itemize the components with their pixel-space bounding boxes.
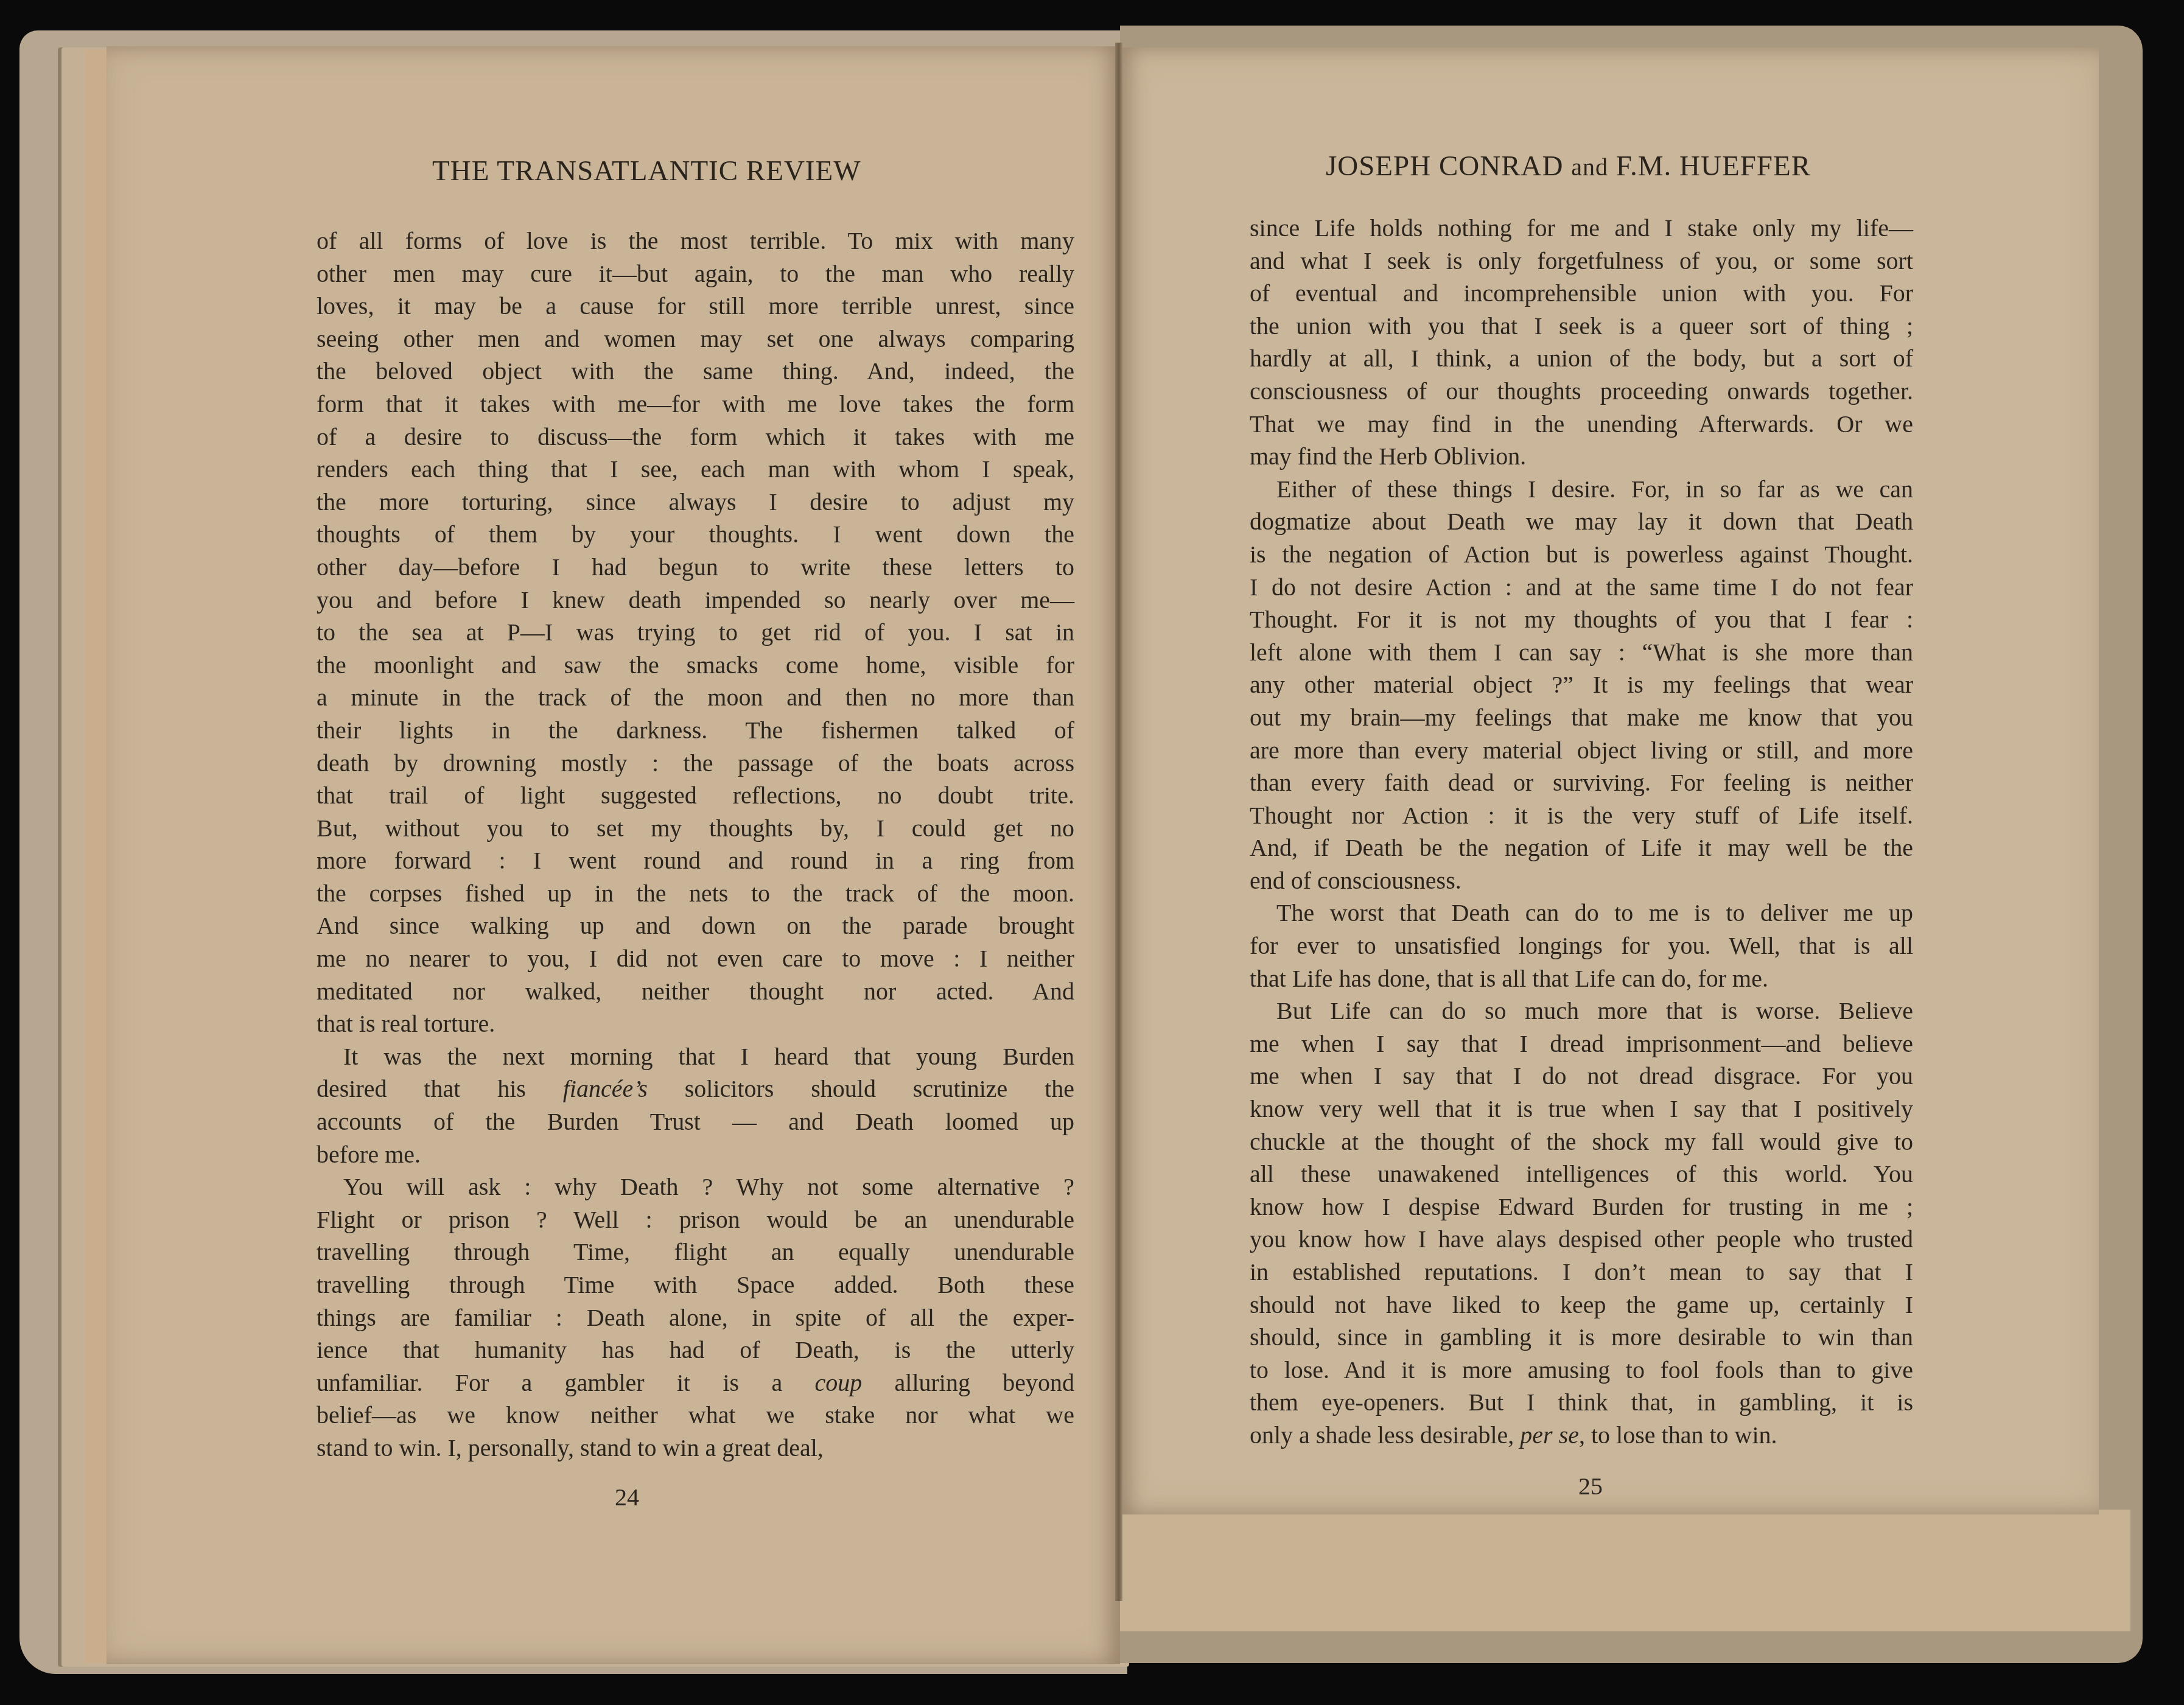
text-line: for ever to unsatisfied longings for you… bbox=[1250, 930, 1913, 962]
text-line: Thought nor Action : it is the very stuf… bbox=[1250, 799, 1913, 832]
text-line: left alone with them I can say : “What i… bbox=[1250, 636, 1913, 669]
text-line: renders each thing that I see, each man … bbox=[317, 453, 1074, 486]
text-line: Either of these things I desire. For, in… bbox=[1250, 473, 1913, 506]
text-line: a minute in the track of the moon and th… bbox=[317, 681, 1074, 714]
text-line: me no nearer to you, I did not even care… bbox=[317, 942, 1074, 975]
text-line: stand to win. I, personally, stand to wi… bbox=[317, 1432, 1074, 1465]
text-line: should not have liked to keep the game u… bbox=[1250, 1289, 1913, 1322]
page-number-left: 24 bbox=[615, 1483, 639, 1511]
text-line: Thought. For it is not my thoughts of yo… bbox=[1250, 603, 1913, 636]
text-line: are more than every material object livi… bbox=[1250, 734, 1913, 767]
text-line: meditated nor walked, neither thought no… bbox=[317, 975, 1074, 1008]
text-line: of eventual and incomprehensible union w… bbox=[1250, 277, 1913, 310]
text-line: belief—as we know neither what we stake … bbox=[317, 1399, 1074, 1432]
text-line: that is real torture. bbox=[317, 1007, 1074, 1040]
text-line: But, without you to set my thoughts by, … bbox=[317, 812, 1074, 845]
text-line: to the sea at P—I was trying to get rid … bbox=[317, 616, 1074, 649]
text-line: form that it takes with me—for with me l… bbox=[317, 388, 1074, 421]
text-line: to lose. And it is more amusing to fool … bbox=[1250, 1354, 1913, 1387]
text-line: the union with you that I seek is a quee… bbox=[1250, 310, 1913, 343]
text-line: that trail of light suggested reflection… bbox=[317, 779, 1074, 812]
text-line: accounts of the Burden Trust — and Death… bbox=[317, 1105, 1074, 1138]
running-head-author1: JOSEPH CONRAD bbox=[1326, 150, 1563, 182]
text-line: should, since in gambling it is more des… bbox=[1250, 1321, 1913, 1354]
text-line: me when I say that I dread imprisonment—… bbox=[1250, 1028, 1913, 1060]
text-line: hardly at all, I think, a union of the b… bbox=[1250, 342, 1913, 375]
text-line: It was the next morning that I heard tha… bbox=[317, 1040, 1074, 1073]
left-paragraph: It was the next morning that I heard tha… bbox=[317, 1040, 1074, 1171]
right-paragraph: Either of these things I desire. For, in… bbox=[1250, 473, 1913, 897]
text-line: And since walking up and down on the par… bbox=[317, 909, 1074, 942]
text-line: know very well that it is true when I sa… bbox=[1250, 1093, 1913, 1126]
left-paragraph: You will ask : why Death ? Why not some … bbox=[317, 1171, 1074, 1464]
right-page-stack-bottom bbox=[1120, 1510, 2130, 1631]
text-line: know how I despise Edward Burden for tru… bbox=[1250, 1191, 1913, 1224]
text-line: before me. bbox=[317, 1138, 1074, 1171]
text-line: ience that humanity has had of Death, is… bbox=[317, 1334, 1074, 1367]
text-line: since Life holds nothing for me and I st… bbox=[1250, 212, 1913, 245]
text-line: travelling through Time, flight an equal… bbox=[317, 1236, 1074, 1269]
right-paragraph: since Life holds nothing for me and I st… bbox=[1250, 212, 1913, 473]
right-page: JOSEPH CONRAD and F.M. HUEFFER since Lif… bbox=[1119, 47, 2099, 1514]
page-number-right: 25 bbox=[1578, 1472, 1603, 1500]
text-line: You will ask : why Death ? Why not some … bbox=[317, 1171, 1074, 1203]
text-line: is the negation of Action but is powerle… bbox=[1250, 538, 1913, 571]
text-line: the beloved object with the same thing. … bbox=[317, 355, 1074, 388]
text-line: out my brain—my feelings that make me kn… bbox=[1250, 701, 1913, 734]
text-line: may find the Herb Oblivion. bbox=[1250, 440, 1913, 473]
text-line: loves, it may be a cause for still more … bbox=[317, 290, 1074, 323]
running-head-and: and bbox=[1571, 153, 1608, 181]
text-line: other men may cure it—but again, to the … bbox=[317, 257, 1074, 290]
text-line: their lights in the darkness. The fisher… bbox=[317, 714, 1074, 747]
text-line: The worst that Death can do to me is to … bbox=[1250, 897, 1913, 930]
running-head-right: JOSEPH CONRAD and F.M. HUEFFER bbox=[1326, 150, 1811, 183]
text-line: unfamiliar. For a gambler it is a coup a… bbox=[317, 1367, 1074, 1399]
text-line: travelling through Time with Space added… bbox=[317, 1269, 1074, 1301]
left-page-body: of all forms of love is the most terribl… bbox=[317, 225, 1074, 1465]
text-line: death by drowning mostly : the passage o… bbox=[317, 747, 1074, 780]
text-line: any other material object ?” It is my fe… bbox=[1250, 668, 1913, 701]
text-line: the moonlight and saw the smacks come ho… bbox=[317, 649, 1074, 682]
text-line: of a desire to discuss—the form which it… bbox=[317, 421, 1074, 453]
right-page-body: since Life holds nothing for me and I st… bbox=[1250, 212, 1913, 1452]
right-paragraph: But Life can do so much more that is wor… bbox=[1250, 995, 1913, 1451]
text-line: the corpses fished up in the nets to the… bbox=[317, 877, 1074, 910]
text-line: the more torturing, since always I desir… bbox=[317, 486, 1074, 519]
text-line: thoughts of them by your thoughts. I wen… bbox=[317, 518, 1074, 551]
text-line: of all forms of love is the most terribl… bbox=[317, 225, 1074, 257]
right-paragraph: The worst that Death can do to me is to … bbox=[1250, 897, 1913, 995]
text-line: desired that his fiancée’s solicitors sh… bbox=[317, 1073, 1074, 1105]
text-line: me when I say that I do not dread disgra… bbox=[1250, 1060, 1913, 1093]
text-line: more forward : I went round and round in… bbox=[317, 844, 1074, 877]
text-line: chuckle at the thought of the shock my f… bbox=[1250, 1126, 1913, 1158]
left-page: THE TRANSATLANTIC REVIEW of all forms of… bbox=[107, 46, 1120, 1664]
book-gutter bbox=[1115, 43, 1122, 1601]
text-line: I do not desire Action : and at the same… bbox=[1250, 571, 1913, 604]
text-line: consciousness of our thoughts proceeding… bbox=[1250, 375, 1913, 408]
text-line: that Life has done, that is all that Lif… bbox=[1250, 962, 1913, 995]
text-line: seeing other men and women may set one a… bbox=[317, 323, 1074, 355]
text-line: things are familiar : Death alone, in sp… bbox=[317, 1301, 1074, 1334]
text-line: them eye-openers. But I think that, in g… bbox=[1250, 1386, 1913, 1419]
text-line: Flight or prison ? Well : prison would b… bbox=[317, 1203, 1074, 1236]
text-line: and what I seek is only forgetfulness of… bbox=[1250, 245, 1913, 278]
left-paragraph: of all forms of love is the most terribl… bbox=[317, 225, 1074, 1040]
text-line: in established reputations. I don’t mean… bbox=[1250, 1256, 1913, 1289]
text-line: dogmatize about Death we may lay it down… bbox=[1250, 505, 1913, 538]
text-line: And, if Death be the negation of Life it… bbox=[1250, 831, 1913, 864]
text-line: than every faith dead or surviving. For … bbox=[1250, 766, 1913, 799]
text-line: you and before I knew death impended so … bbox=[317, 584, 1074, 617]
text-line: other day—before I had begun to write th… bbox=[317, 551, 1074, 584]
text-line: That we may find in the unending Afterwa… bbox=[1250, 408, 1913, 441]
running-head-left: THE TRANSATLANTIC REVIEW bbox=[432, 155, 861, 187]
text-line: you know how I have alays despised other… bbox=[1250, 1223, 1913, 1256]
running-head-author2: F.M. HUEFFER bbox=[1616, 150, 1811, 182]
open-book: THE TRANSATLANTIC REVIEW of all forms of… bbox=[0, 0, 2184, 1705]
text-line: end of consciousness. bbox=[1250, 864, 1913, 897]
text-line: only a shade less desirable, per se, to … bbox=[1250, 1419, 1913, 1452]
text-line: all these unawakened intelligences of th… bbox=[1250, 1158, 1913, 1191]
text-line: But Life can do so much more that is wor… bbox=[1250, 995, 1913, 1028]
